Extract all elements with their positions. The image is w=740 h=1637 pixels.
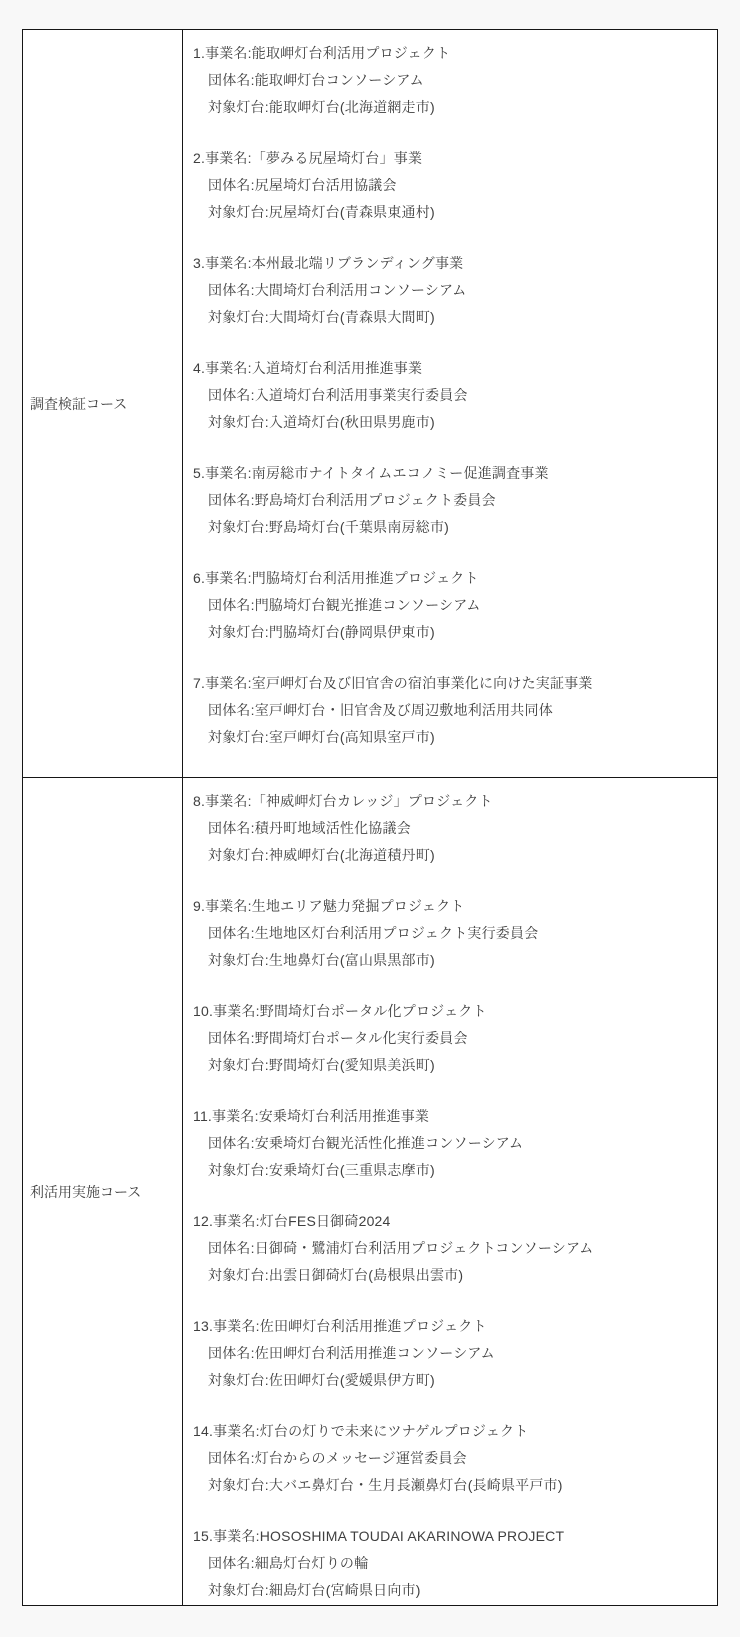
project-name-line: 8.事業名:「神威岬灯台カレッジ」プロジェクト: [193, 788, 709, 815]
target-lighthouse-line: 対象灯台:細島灯台(宮崎県日向市): [193, 1577, 709, 1604]
target-lighthouse-line: 対象灯台:門脇埼灯台(静岡県伊東市): [193, 619, 709, 646]
project-item: 5.事業名:南房総市ナイトタイムエコノミー促進調査事業団体名:野島埼灯台利活用プ…: [193, 460, 709, 541]
course-items-cell: 8.事業名:「神威岬灯台カレッジ」プロジェクト団体名:積丹町地域活性化協議会対象…: [183, 778, 717, 1605]
project-name-line: 5.事業名:南房総市ナイトタイムエコノミー促進調査事業: [193, 460, 709, 487]
project-item: 8.事業名:「神威岬灯台カレッジ」プロジェクト団体名:積丹町地域活性化協議会対象…: [193, 788, 709, 869]
target-lighthouse-line: 対象灯台:安乗埼灯台(三重県志摩市): [193, 1157, 709, 1184]
project-name-line: 15.事業名:HOSOSHIMA TOUDAI AKARINOWA PROJEC…: [193, 1523, 709, 1550]
lighthouse-project-table: 調査検証コース 1.事業名:能取岬灯台利活用プロジェクト団体名:能取岬灯台コンソ…: [22, 29, 718, 1606]
target-lighthouse-line: 対象灯台:野島埼灯台(千葉県南房総市): [193, 514, 709, 541]
table-row-utilization-course: 利活用実施コース 8.事業名:「神威岬灯台カレッジ」プロジェクト団体名:積丹町地…: [23, 777, 717, 1605]
project-name-line: 12.事業名:灯台FES日御碕2024: [193, 1208, 709, 1235]
target-lighthouse-line: 対象灯台:神威岬灯台(北海道積丹町): [193, 842, 709, 869]
project-item: 7.事業名:室戸岬灯台及び旧官舎の宿泊事業化に向けた実証事業団体名:室戸岬灯台・…: [193, 670, 709, 751]
organization-line: 団体名:灯台からのメッセージ運営委員会: [193, 1445, 709, 1472]
project-item: 13.事業名:佐田岬灯台利活用推進プロジェクト団体名:佐田岬灯台利活用推進コンソ…: [193, 1313, 709, 1394]
project-item: 14.事業名:灯台の灯りで未来にツナゲルプロジェクト団体名:灯台からのメッセージ…: [193, 1418, 709, 1499]
organization-line: 団体名:安乗埼灯台観光活性化推進コンソーシアム: [193, 1130, 709, 1157]
project-item: 3.事業名:本州最北端リブランディング事業団体名:大間埼灯台利活用コンソーシアム…: [193, 250, 709, 331]
target-lighthouse-line: 対象灯台:室戸岬灯台(高知県室戸市): [193, 724, 709, 751]
target-lighthouse-line: 対象灯台:野間埼灯台(愛知県美浜町): [193, 1052, 709, 1079]
project-name-line: 10.事業名:野間埼灯台ポータル化プロジェクト: [193, 998, 709, 1025]
organization-line: 団体名:積丹町地域活性化協議会: [193, 815, 709, 842]
project-item: 11.事業名:安乗埼灯台利活用推進事業団体名:安乗埼灯台観光活性化推進コンソーシ…: [193, 1103, 709, 1184]
target-lighthouse-line: 対象灯台:入道埼灯台(秋田県男鹿市): [193, 409, 709, 436]
organization-line: 団体名:野島埼灯台利活用プロジェクト委員会: [193, 487, 709, 514]
project-item: 9.事業名:生地エリア魅力発掘プロジェクト団体名:生地地区灯台利活用プロジェクト…: [193, 893, 709, 974]
table-row-survey-course: 調査検証コース 1.事業名:能取岬灯台利活用プロジェクト団体名:能取岬灯台コンソ…: [23, 30, 717, 777]
project-name-line: 2.事業名:「夢みる尻屋埼灯台」事業: [193, 145, 709, 172]
organization-line: 団体名:細島灯台灯りの輪: [193, 1550, 709, 1577]
organization-line: 団体名:門脇埼灯台観光推進コンソーシアム: [193, 592, 709, 619]
target-lighthouse-line: 対象灯台:出雲日御碕灯台(島根県出雲市): [193, 1262, 709, 1289]
project-item: 10.事業名:野間埼灯台ポータル化プロジェクト団体名:野間埼灯台ポータル化実行委…: [193, 998, 709, 1079]
project-item: 15.事業名:HOSOSHIMA TOUDAI AKARINOWA PROJEC…: [193, 1523, 709, 1604]
project-name-line: 11.事業名:安乗埼灯台利活用推進事業: [193, 1103, 709, 1130]
project-item: 2.事業名:「夢みる尻屋埼灯台」事業団体名:尻屋埼灯台活用協議会対象灯台:尻屋埼…: [193, 145, 709, 226]
target-lighthouse-line: 対象灯台:大バエ鼻灯台・生月長瀬鼻灯台(長崎県平戸市): [193, 1472, 709, 1499]
organization-line: 団体名:能取岬灯台コンソーシアム: [193, 67, 709, 94]
target-lighthouse-line: 対象灯台:尻屋埼灯台(青森県東通村): [193, 199, 709, 226]
project-name-line: 7.事業名:室戸岬灯台及び旧官舎の宿泊事業化に向けた実証事業: [193, 670, 709, 697]
project-name-line: 6.事業名:門脇埼灯台利活用推進プロジェクト: [193, 565, 709, 592]
project-name-line: 1.事業名:能取岬灯台利活用プロジェクト: [193, 40, 709, 67]
project-item: 4.事業名:入道埼灯台利活用推進事業団体名:入道埼灯台利活用事業実行委員会対象灯…: [193, 355, 709, 436]
project-item: 6.事業名:門脇埼灯台利活用推進プロジェクト団体名:門脇埼灯台観光推進コンソーシ…: [193, 565, 709, 646]
project-name-line: 4.事業名:入道埼灯台利活用推進事業: [193, 355, 709, 382]
target-lighthouse-line: 対象灯台:大間埼灯台(青森県大間町): [193, 304, 709, 331]
course-label: 利活用実施コース: [30, 1181, 141, 1203]
organization-line: 団体名:大間埼灯台利活用コンソーシアム: [193, 277, 709, 304]
course-label: 調査検証コース: [30, 393, 127, 415]
project-item: 12.事業名:灯台FES日御碕2024団体名:日御碕・鷺浦灯台利活用プロジェクト…: [193, 1208, 709, 1289]
organization-line: 団体名:室戸岬灯台・旧官舎及び周辺敷地利活用共同体: [193, 697, 709, 724]
organization-line: 団体名:入道埼灯台利活用事業実行委員会: [193, 382, 709, 409]
project-name-line: 3.事業名:本州最北端リブランディング事業: [193, 250, 709, 277]
organization-line: 団体名:日御碕・鷺浦灯台利活用プロジェクトコンソーシアム: [193, 1235, 709, 1262]
project-name-line: 13.事業名:佐田岬灯台利活用推進プロジェクト: [193, 1313, 709, 1340]
organization-line: 団体名:野間埼灯台ポータル化実行委員会: [193, 1025, 709, 1052]
course-items-cell: 1.事業名:能取岬灯台利活用プロジェクト団体名:能取岬灯台コンソーシアム対象灯台…: [183, 30, 717, 777]
organization-line: 団体名:生地地区灯台利活用プロジェクト実行委員会: [193, 920, 709, 947]
target-lighthouse-line: 対象灯台:佐田岬灯台(愛媛県伊方町): [193, 1367, 709, 1394]
project-name-line: 9.事業名:生地エリア魅力発掘プロジェクト: [193, 893, 709, 920]
project-item: 1.事業名:能取岬灯台利活用プロジェクト団体名:能取岬灯台コンソーシアム対象灯台…: [193, 40, 709, 121]
course-name-cell: 調査検証コース: [23, 30, 183, 777]
project-name-line: 14.事業名:灯台の灯りで未来にツナゲルプロジェクト: [193, 1418, 709, 1445]
organization-line: 団体名:佐田岬灯台利活用推進コンソーシアム: [193, 1340, 709, 1367]
target-lighthouse-line: 対象灯台:能取岬灯台(北海道網走市): [193, 94, 709, 121]
organization-line: 団体名:尻屋埼灯台活用協議会: [193, 172, 709, 199]
course-name-cell: 利活用実施コース: [23, 778, 183, 1605]
target-lighthouse-line: 対象灯台:生地鼻灯台(富山県黒部市): [193, 947, 709, 974]
